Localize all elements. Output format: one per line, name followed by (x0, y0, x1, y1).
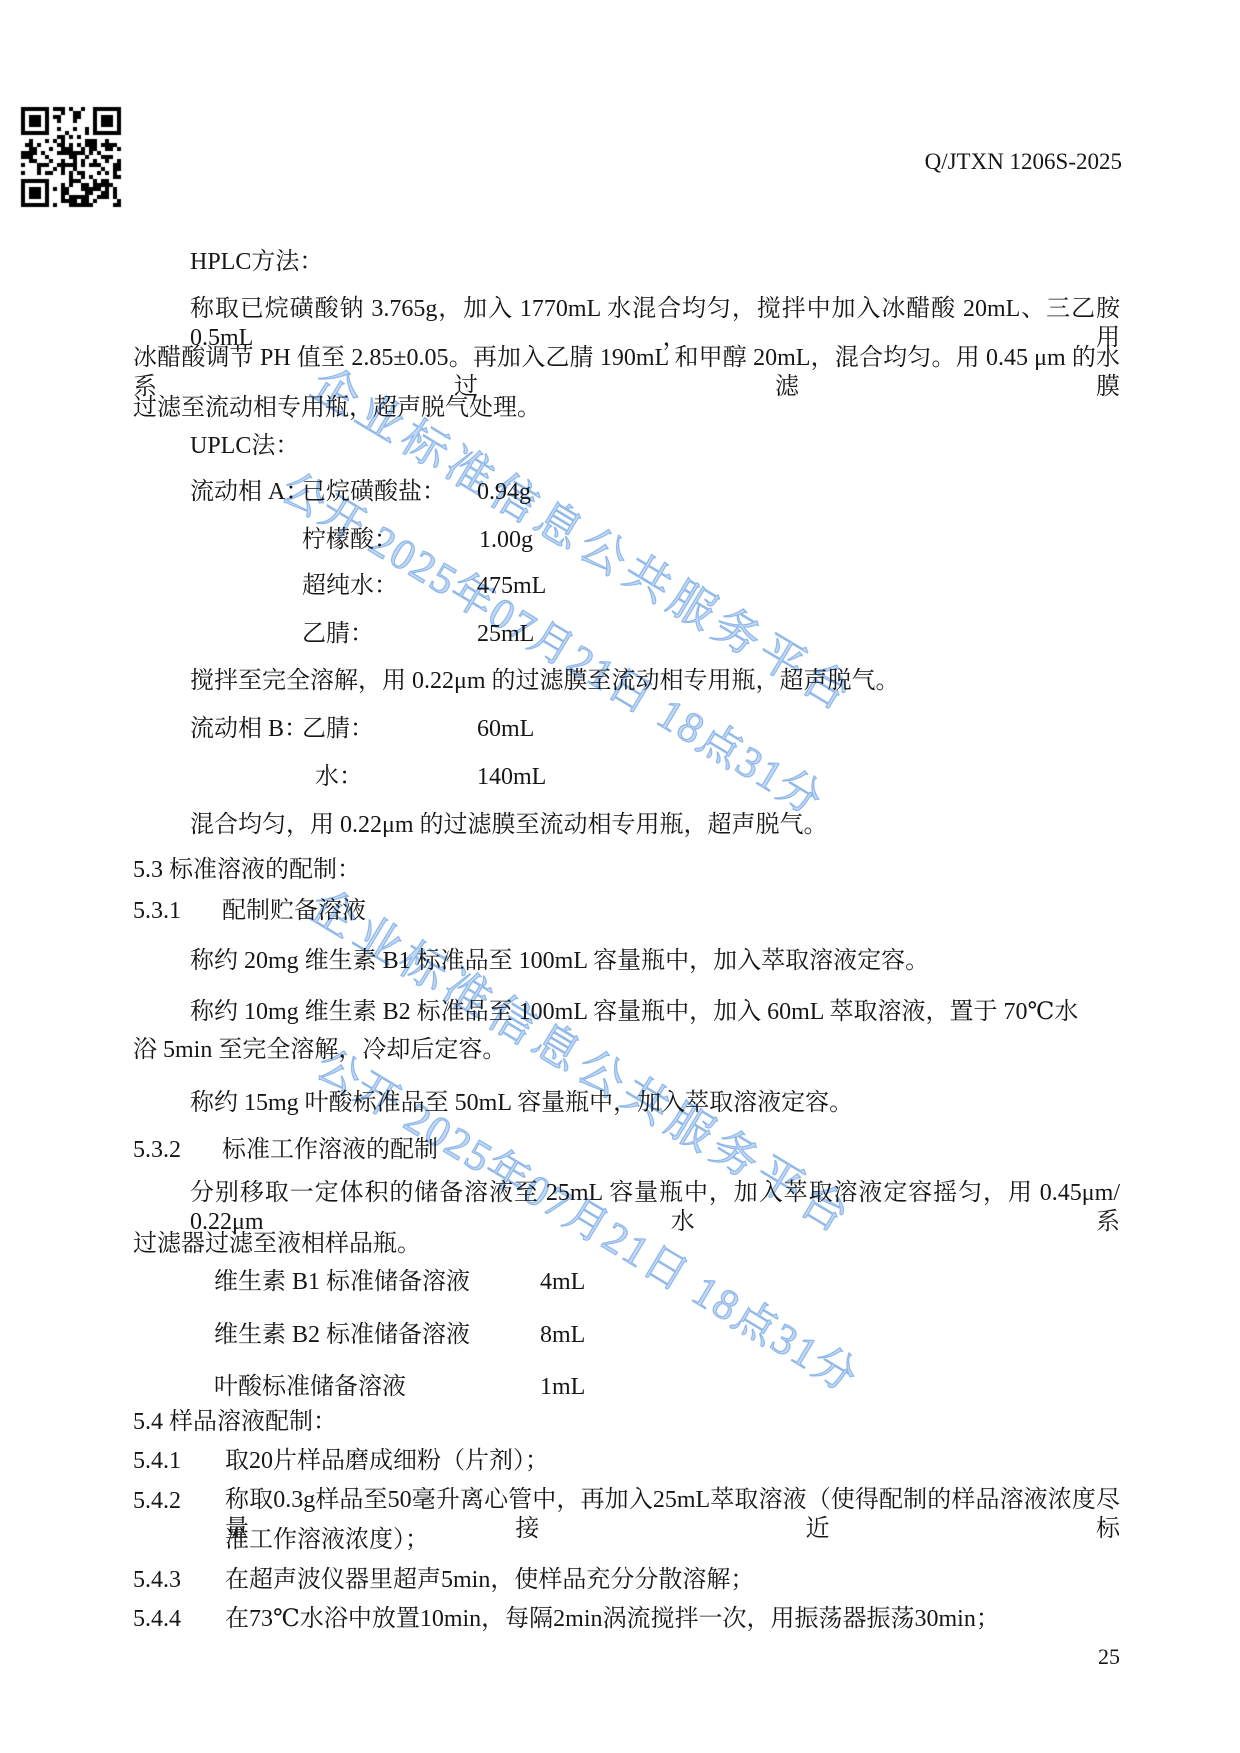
phase-a-label: 流动相 A： (190, 477, 309, 507)
section-5-4-4-text: 在73℃水浴中放置10min，每隔2min涡流搅拌一次，用振荡器振荡30min； (225, 1604, 1000, 1634)
working-solution-line1: 分别移取一定体积的储备溶液至 25mL 容量瓶中，加入萃取溶液定容摇匀，用 0.… (190, 1179, 1120, 1237)
section-5-3-1-number: 5.3.1 (133, 896, 181, 926)
page-number: 25 (1098, 1643, 1120, 1671)
stock-table-value: 4mL (540, 1267, 585, 1297)
phase-a-row-value: 1.00g (479, 525, 533, 555)
stock-b2-continued: 浴 5min 至完全溶解，冷却后定容。 (133, 1035, 506, 1065)
stir-note: 搅拌至完全溶解，用 0.22μm 的过滤膜至流动相专用瓶，超声脱气。 (190, 666, 900, 696)
hplc-paragraph-line3: 过滤至流动相专用瓶，超声脱气处理。 (133, 393, 541, 423)
section-5-4-1-number: 5.4.1 (133, 1446, 181, 1476)
stock-b1-line: 称约 20mg 维生素 B1 标准品至 100mL 容量瓶中，加入萃取溶液定容。 (190, 946, 929, 976)
section-5-4-3-number: 5.4.3 (133, 1565, 181, 1595)
section-5-3-1-title: 配制贮备溶液 (222, 896, 366, 926)
phase-a-row-name: 乙腈： (302, 619, 374, 649)
section-5-3-2-title: 标准工作溶液的配制 (222, 1135, 438, 1165)
phase-b-label: 流动相 B： (190, 714, 308, 744)
stock-table-name: 维生素 B1 标准储备溶液 (214, 1267, 470, 1297)
stock-table-value: 8mL (540, 1320, 585, 1350)
qr-code (20, 106, 122, 208)
mix-note: 混合均匀，用 0.22μm 的过滤膜至流动相专用瓶，超声脱气。 (190, 810, 828, 840)
stock-b2-line: 称约 10mg 维生素 B2 标准品至 100mL 容量瓶中，加入 60mL 萃… (190, 997, 1078, 1027)
phase-a-row-value: 0.94g (477, 477, 531, 507)
section-5-4-2-number: 5.4.2 (133, 1486, 181, 1516)
section-5-4-1-text: 取20片样品磨成细粉（片剂）； (225, 1446, 549, 1476)
section-5-3-heading: 5.3 标准溶液的配制： (133, 855, 361, 885)
hplc-heading: HPLC方法： (190, 247, 323, 277)
phase-a-row-value: 25mL (477, 619, 534, 649)
section-5-4-heading: 5.4 样品溶液配制： (133, 1407, 337, 1437)
uplc-heading: UPLC法： (190, 431, 299, 461)
working-solution-line2: 过滤器过滤至液相样品瓶。 (133, 1229, 421, 1259)
phase-a-row-name: 柠檬酸： (302, 525, 398, 555)
stock-table-value: 1mL (540, 1372, 585, 1402)
phase-a-row-value: 475mL (477, 571, 546, 601)
stock-folic-line: 称约 15mg 叶酸标准品至 50mL 容量瓶中，加入萃取溶液定容。 (190, 1088, 853, 1118)
section-5-4-3-text: 在超声波仪器里超声5min，使样品充分分散溶解； (225, 1565, 754, 1595)
phase-b-row-value: 140mL (477, 762, 546, 792)
stock-table-name: 叶酸标准储备溶液 (214, 1372, 406, 1402)
phase-a-row-name: 超纯水： (302, 571, 398, 601)
doc-number: Q/JTXN 1206S-2025 (920, 148, 1122, 177)
document-page: 企业标准信息公共服务平台 公开 2025年07月21日 18点31分 企业标准信… (0, 0, 1240, 1753)
section-5-3-2-number: 5.3.2 (133, 1135, 181, 1165)
phase-b-row-name: 水： (315, 762, 363, 792)
section-5-4-4-number: 5.4.4 (133, 1604, 181, 1634)
phase-b-row-name: 乙腈： (302, 714, 374, 744)
phase-b-row-value: 60mL (477, 714, 534, 744)
phase-a-row-name: 已烷磺酸盐： (302, 477, 446, 507)
section-5-4-2-text-continued: 准工作溶液浓度）； (225, 1525, 429, 1555)
stock-table-name: 维生素 B2 标准储备溶液 (214, 1320, 470, 1350)
